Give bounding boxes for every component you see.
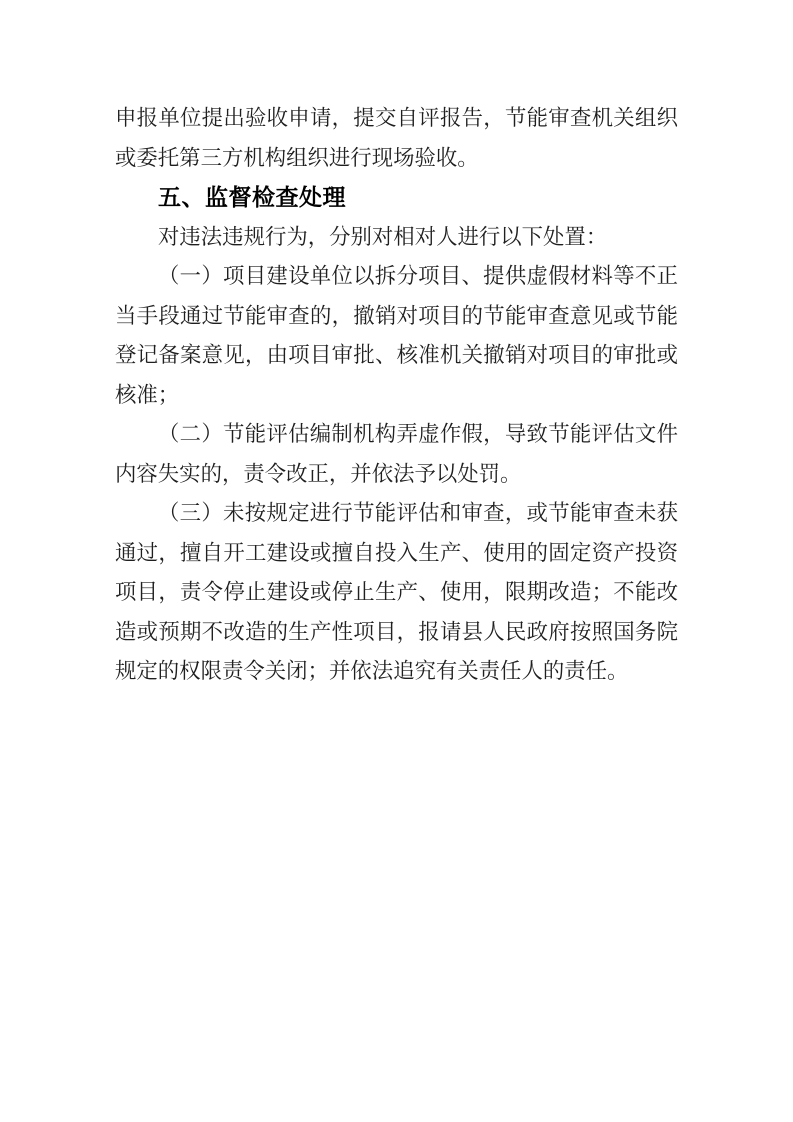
document-line: 或委托第三方机构组织进行现场验收。	[115, 139, 678, 179]
document-line: 核准；	[115, 376, 678, 416]
document-line: （二）节能评估编制机构弄虚作假，导致节能评估文件	[115, 415, 678, 455]
document-line: 登记备案意见，由项目审批、核准机关撤销对项目的审批或	[115, 336, 678, 376]
document-page: 申报单位提出验收申请，提交自评报告，节能审查机关组织 或委托第三方机构组织进行现…	[0, 0, 793, 1122]
document-line: 造或预期不改造的生产性项目，报请县人民政府按照国务院	[115, 613, 678, 653]
document-line: （三）未按规定进行节能评估和审查，或节能审查未获	[115, 494, 678, 534]
document-line: 当手段通过节能审查的，撤销对项目的节能审查意见或节能	[115, 297, 678, 337]
section-heading: 五、监督检查处理	[115, 178, 678, 218]
document-line: 申报单位提出验收申请，提交自评报告，节能审查机关组织	[115, 99, 678, 139]
document-line: 对违法违规行为，分别对相对人进行以下处置：	[115, 218, 678, 258]
document-line: （一）项目建设单位以拆分项目、提供虚假材料等不正	[115, 257, 678, 297]
text-block: 申报单位提出验收申请，提交自评报告，节能审查机关组织 或委托第三方机构组织进行现…	[115, 99, 678, 692]
document-line: 内容失实的，责令改正，并依法予以处罚。	[115, 455, 678, 495]
document-line: 通过，擅自开工建设或擅自投入生产、使用的固定资产投资	[115, 534, 678, 574]
document-line: 规定的权限责令关闭；并依法追究有关责任人的责任。	[115, 652, 678, 692]
document-line: 项目，责令停止建设或停止生产、使用，限期改造；不能改	[115, 573, 678, 613]
